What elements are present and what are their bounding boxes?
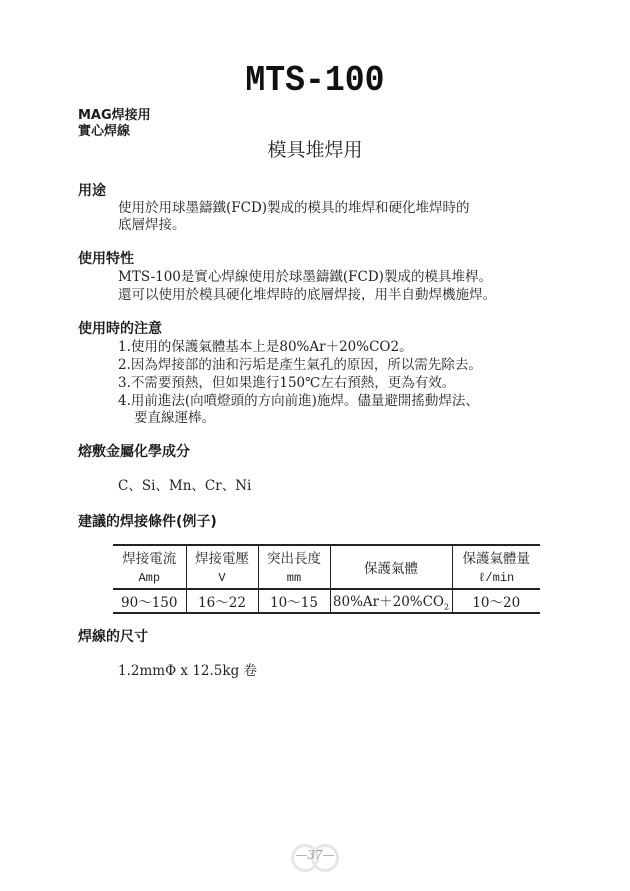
section-heading-composition: 熔敷金屬化學成分	[78, 441, 190, 461]
page-number-ornament-icon: —37—	[287, 843, 343, 869]
unit-current: Amp	[113, 567, 186, 589]
col-header-gas-flow: 保護氣體量	[452, 545, 540, 567]
section-heading-size: 焊線的尺寸	[78, 626, 148, 646]
table-row: 90～150 16～22 10～15 80%Ar＋20%CO2 10～20	[113, 589, 540, 613]
application-subtitle: 模具堆焊用	[0, 135, 630, 162]
value-gas-flow: 10～20	[452, 589, 540, 613]
product-title: MTS-100	[25, 60, 605, 101]
welding-conditions-table: 焊接電流 焊接電壓 突出長度 保護氣體 保護氣體量 Amp V mm ℓ/min…	[113, 544, 540, 614]
value-voltage: 16～22	[186, 589, 258, 613]
page-number: —37—	[287, 848, 343, 862]
col-header-shield-gas: 保護氣體	[330, 545, 452, 589]
wire-size-value: 1.2mmΦ x 12.5kg 卷	[118, 659, 257, 679]
unit-voltage: V	[186, 567, 258, 589]
features-line-2: 還可以使用於模具硬化堆焊時的底層焊接，用半自動焊機施焊。	[118, 283, 496, 303]
col-header-voltage: 焊接電壓	[186, 545, 258, 567]
caution-item-2: 2.因為焊接部的油和污垢是產生氣孔的原因，所以需先除去。	[118, 353, 482, 373]
unit-gas-flow: ℓ/min	[452, 567, 540, 589]
caution-item-3: 3.不需要預熱，但如果進行150℃左右預熱，更為有效。	[118, 371, 455, 391]
usage-line-2: 底層焊接。	[118, 213, 186, 233]
page-footer: —37—	[0, 843, 630, 872]
section-heading-usage: 用途	[78, 180, 106, 200]
value-current: 90～150	[113, 589, 186, 613]
co2-subscript: 2	[444, 603, 449, 612]
value-shield-gas: 80%Ar＋20%CO2	[330, 589, 452, 613]
features-line-1: MTS-100是實心焊線使用於球墨鑄鐵(FCD)製成的模具堆桿。	[118, 265, 492, 285]
value-stickout: 10～15	[258, 589, 330, 613]
section-heading-conditions: 建議的焊接條件(例子)	[78, 511, 217, 531]
unit-stickout: mm	[258, 567, 330, 589]
shield-gas-mix: 80%Ar＋20%CO	[333, 594, 444, 610]
composition-elements: C、Si、Mn、Cr、Ni	[118, 474, 251, 494]
caution-item-1: 1.使用的保護氣體基本上是80%Ar＋20%CO2。	[118, 335, 413, 355]
col-header-current: 焊接電流	[113, 545, 186, 567]
col-header-stickout: 突出長度	[258, 545, 330, 567]
caution-item-4-continued: 要直線運棒。	[134, 406, 215, 426]
